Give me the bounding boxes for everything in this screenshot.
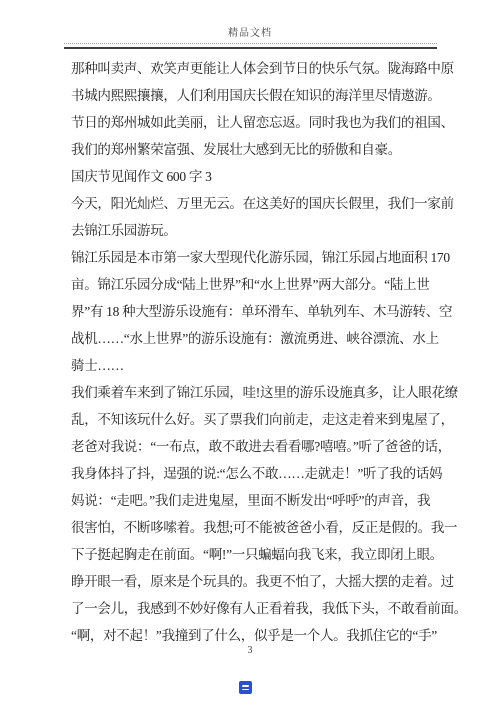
text-line: 妈说：“走吧。”我们走进鬼屋，里面不断发出“呼呼”的声音，我 (71, 487, 435, 514)
text-line: 我们的郑州繁荣富强、发展壮大感到无比的骄傲和自豪。 (71, 136, 435, 163)
footer-doc-icon (239, 681, 252, 694)
text-line: 骑士…… (71, 352, 435, 379)
text-line: 界”有 18 种大型游乐设施有：单环滑车、单轨列车、木马游转、空 (71, 298, 435, 325)
text-line: 我们乘着车来到了锦江乐园，哇!这里的游乐设施真多，让人眼花缭 (71, 379, 435, 406)
text-line: 节日的郑州城如此美丽，让人留恋忘返。同时我也为我们的祖国、 (71, 109, 435, 136)
header-rule-solid-line (64, 47, 437, 49)
header-rule-dotted-line (64, 43, 437, 44)
text-line: 了一会儿，我感到不妙好像有人正看着我，我低下头，不敢看前面。 (71, 595, 435, 622)
header-rule (64, 43, 437, 49)
text-line: 亩。锦江乐园分成“陆上世界”和“水上世界”两大部分。“陆上世 (71, 271, 435, 298)
document-body: 那种叫卖声、欢笑声更能让人体会到节日的快乐气氛。陇海路中原书城内熙熙攘攘，人们利… (71, 55, 435, 649)
text-line: 今天，阳光灿烂、万里无云。在这美好的国庆长假里，我们一家前 (71, 190, 435, 217)
text-line: 下子挺起胸走在前面。“啊!”一只蝙蝠向我飞来，我立即闭上眼。 (71, 541, 435, 568)
header-watermark: 精品文档 (0, 24, 500, 39)
text-line: 乱，不知该玩什么好。买了票我们向前走，走这走着来到鬼屋了， (71, 406, 435, 433)
document-page: 精品文档 那种叫卖声、欢笑声更能让人体会到节日的快乐气氛。陇海路中原书城内熙熙攘… (0, 0, 500, 707)
footer-doc-icon-bar (242, 685, 249, 687)
text-line: 去锦江乐园游玩。 (71, 217, 435, 244)
footer-doc-icon-bar (242, 689, 249, 691)
text-line: 锦江乐园是本市第一家大型现代化游乐园，锦江乐园占地面积 170 (71, 244, 435, 271)
text-line: 书城内熙熙攘攘，人们利用国庆长假在知识的海洋里尽情遨游。 (71, 82, 435, 109)
text-line: 睁开眼一看，原来是个玩具的。我更不怕了，大摇大摆的走着。过 (71, 568, 435, 595)
text-line: 国庆节见闻作文 600 字 3 (71, 163, 435, 190)
page-number: 3 (0, 644, 500, 658)
text-line: 我身体抖了抖，逞强的说:“怎么不敢……走就走！”听了我的话妈 (71, 460, 435, 487)
text-line: 很害怕，不断哆嗦着。我想;可不能被爸爸小看，反正是假的。我一 (71, 514, 435, 541)
text-line: 战机……“水上世界”的游乐设施有：激流勇进、峡谷漂流、水上 (71, 325, 435, 352)
text-line: 那种叫卖声、欢笑声更能让人体会到节日的快乐气氛。陇海路中原 (71, 55, 435, 82)
text-line: 老爸对我说：“一布点，敢不敢进去看看哪?嘻嘻。”听了爸爸的话， (71, 433, 435, 460)
